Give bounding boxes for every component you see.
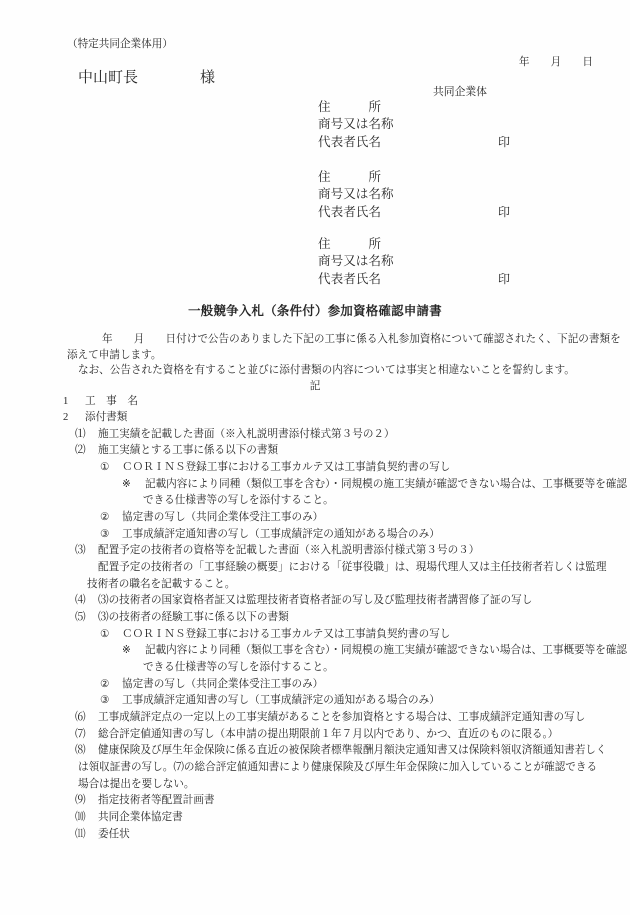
record-mark: 記 [0,379,630,395]
list-marker: ⑸ [75,610,98,627]
list-text: 配置予定の技術者の資格等を記載した書面（※入札説明書添付様式第３号の３） [98,543,479,560]
application-form-page: （特定共同企業体用） 年 月 日 中山町長 様 共同企業体 住 所 商号又は名称… [0,0,630,915]
list-text: 技術者の職名を記載すること。 [87,577,235,594]
paragraph1-line1: 年 月 日付けで公告のありました下記の工事に係る入札参加資格について確認されたく… [0,332,630,348]
list-line: ⑶ 配置予定の技術者の資格等を記載した書面（※入札説明書添付様式第３号の３） [0,543,630,560]
address-label: 住 所 [318,99,558,116]
form-type-note: （特定共同企業体用） [67,38,173,52]
list-text: ＣＯＲＩＮＳ登録工事における工事カルテ又は工事請負契約書の写し [122,627,450,644]
list-marker: ⑹ [75,710,98,727]
list-marker: ② [100,677,122,694]
seal-mark: 印 [498,134,510,151]
list-line: できる仕様書等の写しを添付すること。 [0,493,630,510]
trade-name-label: 商号又は名称 [318,186,558,203]
list-text: ⑶の技術者の国家資格者証又は監理技術者資格者証の写し及び監理技術者講習修了証の写… [98,593,532,610]
list-marker: 2 [63,410,85,427]
paragraph2: なお、公告された資格を有すること並びに添付書類の内容については事実と相違ないこと… [0,363,630,379]
list-line: ⑵ 施工実績とする工事に係る以下の書類 [0,443,630,460]
list-line: ⑺ 総合評定値通知書の写し（本申請の提出期限前１年７月以内であり、かつ、直近のも… [0,727,630,744]
list-text: 場合は提出を要しない。 [78,777,195,794]
list-text: 施工実績を記載した書面（※入札説明書添付様式第３号の２） [98,427,395,444]
trade-name-label: 商号又は名称 [318,116,558,133]
list-line: 1 工 事 名 [0,394,630,411]
list-line: ⑹ 工事成績評定点の一定以上の工事実績があることを参加資格とする場合は、工事成績… [0,710,630,727]
list-text: 工事成績評定通知書の写し（工事成績評定の通知がある場合のみ） [122,693,440,710]
list-marker: ⑻ [75,743,98,760]
list-marker: ⑴ [75,427,98,444]
list-line: できる仕様書等の写しを添付すること。 [0,660,630,677]
list-text: 記載内容により同種（類似工事を含む）・同規模の施工実績が確認できない場合は、工事… [145,643,627,660]
list-line: ⑽ 共同企業体協定書 [0,810,630,827]
list-text: 添付書類 [85,410,127,427]
trade-name-label: 商号又は名称 [318,253,558,270]
list-line: ⑷ ⑶の技術者の国家資格者証又は監理技術者資格者証の写し及び監理技術者講習修了証… [0,593,630,610]
representative-label: 代表者氏名 [318,134,558,151]
list-line: ⑻ 健康保険及び厚生年金保険に係る直近の被保険者標準報酬月額決定通知書又は保険料… [0,743,630,760]
address-label: 住 所 [318,236,558,253]
list-line: ⑴ 施工実績を記載した書面（※入札説明書添付様式第３号の２） [0,427,630,444]
joint-venture-label: 共同企業体 [433,86,487,99]
paragraph1-line2: 添えて申請します。 [0,348,630,364]
list-line: ⑸ ⑶の技術者の経験工事に係る以下の書類 [0,610,630,627]
seal-mark: 印 [498,271,510,288]
list-line: ※ 記載内容により同種（類似工事を含む）・同規模の施工実績が確認できない場合は、… [0,477,630,494]
list-marker: ① [100,460,122,477]
list-line: 2 添付書類 [0,410,630,427]
list-text: できる仕様書等の写しを添付すること。 [143,660,334,677]
list-text: 工事成績評定点の一定以上の工事実績があることを参加資格とする場合は、工事成績評定… [98,710,585,727]
list-line: ⑼ 指定技術者等配置計画書 [0,793,630,810]
list-line: ※ 記載内容により同種（類似工事を含む）・同規模の施工実績が確認できない場合は、… [0,643,630,660]
representative-label: 代表者氏名 [318,271,558,288]
list-text: 指定技術者等配置計画書 [98,793,215,810]
list-text: 工事成績評定通知書の写し（工事成績評定の通知がある場合のみ） [122,527,440,544]
list-text: 協定書の写し（共同企業体受注工事のみ） [122,510,323,527]
addressee-name: 中山町長 [78,70,138,86]
list-text: 委任状 [98,827,130,844]
applicant-block-3: 住 所 商号又は名称 代表者氏名 印 [318,236,558,288]
list-marker: ⑽ [75,810,98,827]
list-text: 総合評定値通知書の写し（本申請の提出期限前１年７月以内であり、かつ、直近のものに… [98,727,558,744]
list-marker: ⑵ [75,443,98,460]
list-text: 施工実績とする工事に係る以下の書類 [98,443,278,460]
list-marker: ⑺ [75,727,98,744]
list-line: ① ＣＯＲＩＮＳ登録工事における工事カルテ又は工事請負契約書の写し [0,460,630,477]
attachment-list: 1 工 事 名 2 添付書類 ⑴ 施工実績を記載した書面（※入札説明書添付様式第… [0,394,630,844]
list-text: ⑶の技術者の経験工事に係る以下の書類 [98,610,289,627]
body-paragraphs: 年 月 日付けで公告のありました下記の工事に係る入札参加資格について確認されたく… [0,332,630,395]
list-text: 協定書の写し（共同企業体受注工事のみ） [122,677,323,694]
list-marker: ※ [122,477,145,494]
applicant-block-2: 住 所 商号又は名称 代表者氏名 印 [318,169,558,221]
document-title: 一般競争入札（条件付）参加資格確認申請書 [0,303,630,319]
list-line: 技術者の職名を記載すること。 [0,577,630,594]
date-line: 年 月 日 [519,56,593,70]
list-marker: 1 [63,394,85,411]
address-label: 住 所 [318,169,558,186]
list-marker: ※ [122,643,145,660]
list-marker: ⑶ [75,543,98,560]
list-marker: ⑼ [75,793,98,810]
addressee-honorific: 様 [200,70,215,87]
list-text: は領収証書の写し。⑺の総合評定値通知書により健康保険及び厚生年金保険に加入してい… [78,760,597,777]
list-marker: ① [100,627,122,644]
list-line: ① ＣＯＲＩＮＳ登録工事における工事カルテ又は工事請負契約書の写し [0,627,630,644]
list-line: 配置予定の技術者の「工事経験の概要」における「従事役職」は、現場代理人又は主任技… [0,560,630,577]
representative-label: 代表者氏名 [318,204,558,221]
applicant-block-1: 住 所 商号又は名称 代表者氏名 印 [318,99,558,151]
list-line: は領収証書の写し。⑺の総合評定値通知書により健康保険及び厚生年金保険に加入してい… [0,760,630,777]
list-text: 工 事 名 [85,394,138,411]
list-line: ③ 工事成績評定通知書の写し（工事成績評定の通知がある場合のみ） [0,693,630,710]
list-line: ② 協定書の写し（共同企業体受注工事のみ） [0,510,630,527]
list-marker: ② [100,510,122,527]
list-marker: ⑾ [75,827,98,844]
list-text: 記載内容により同種（類似工事を含む）・同規模の施工実績が確認できない場合は、工事… [145,477,627,494]
addressee: 中山町長 様 [78,70,278,87]
list-line: ③ 工事成績評定通知書の写し（工事成績評定の通知がある場合のみ） [0,527,630,544]
seal-mark: 印 [498,204,510,221]
list-marker: ③ [100,527,122,544]
list-text: できる仕様書等の写しを添付すること。 [143,493,334,510]
list-text: ＣＯＲＩＮＳ登録工事における工事カルテ又は工事請負契約書の写し [122,460,450,477]
list-text: 配置予定の技術者の「工事経験の概要」における「従事役職」は、現場代理人又は主任技… [98,560,607,577]
list-marker: ③ [100,693,122,710]
list-line: 場合は提出を要しない。 [0,777,630,794]
list-line: ② 協定書の写し（共同企業体受注工事のみ） [0,677,630,694]
list-line: ⑾ 委任状 [0,827,630,844]
list-text: 共同企業体協定書 [98,810,183,827]
list-marker: ⑷ [75,593,98,610]
list-text: 健康保険及び厚生年金保険に係る直近の被保険者標準報酬月額決定通知書又は保険料領収… [98,743,607,760]
